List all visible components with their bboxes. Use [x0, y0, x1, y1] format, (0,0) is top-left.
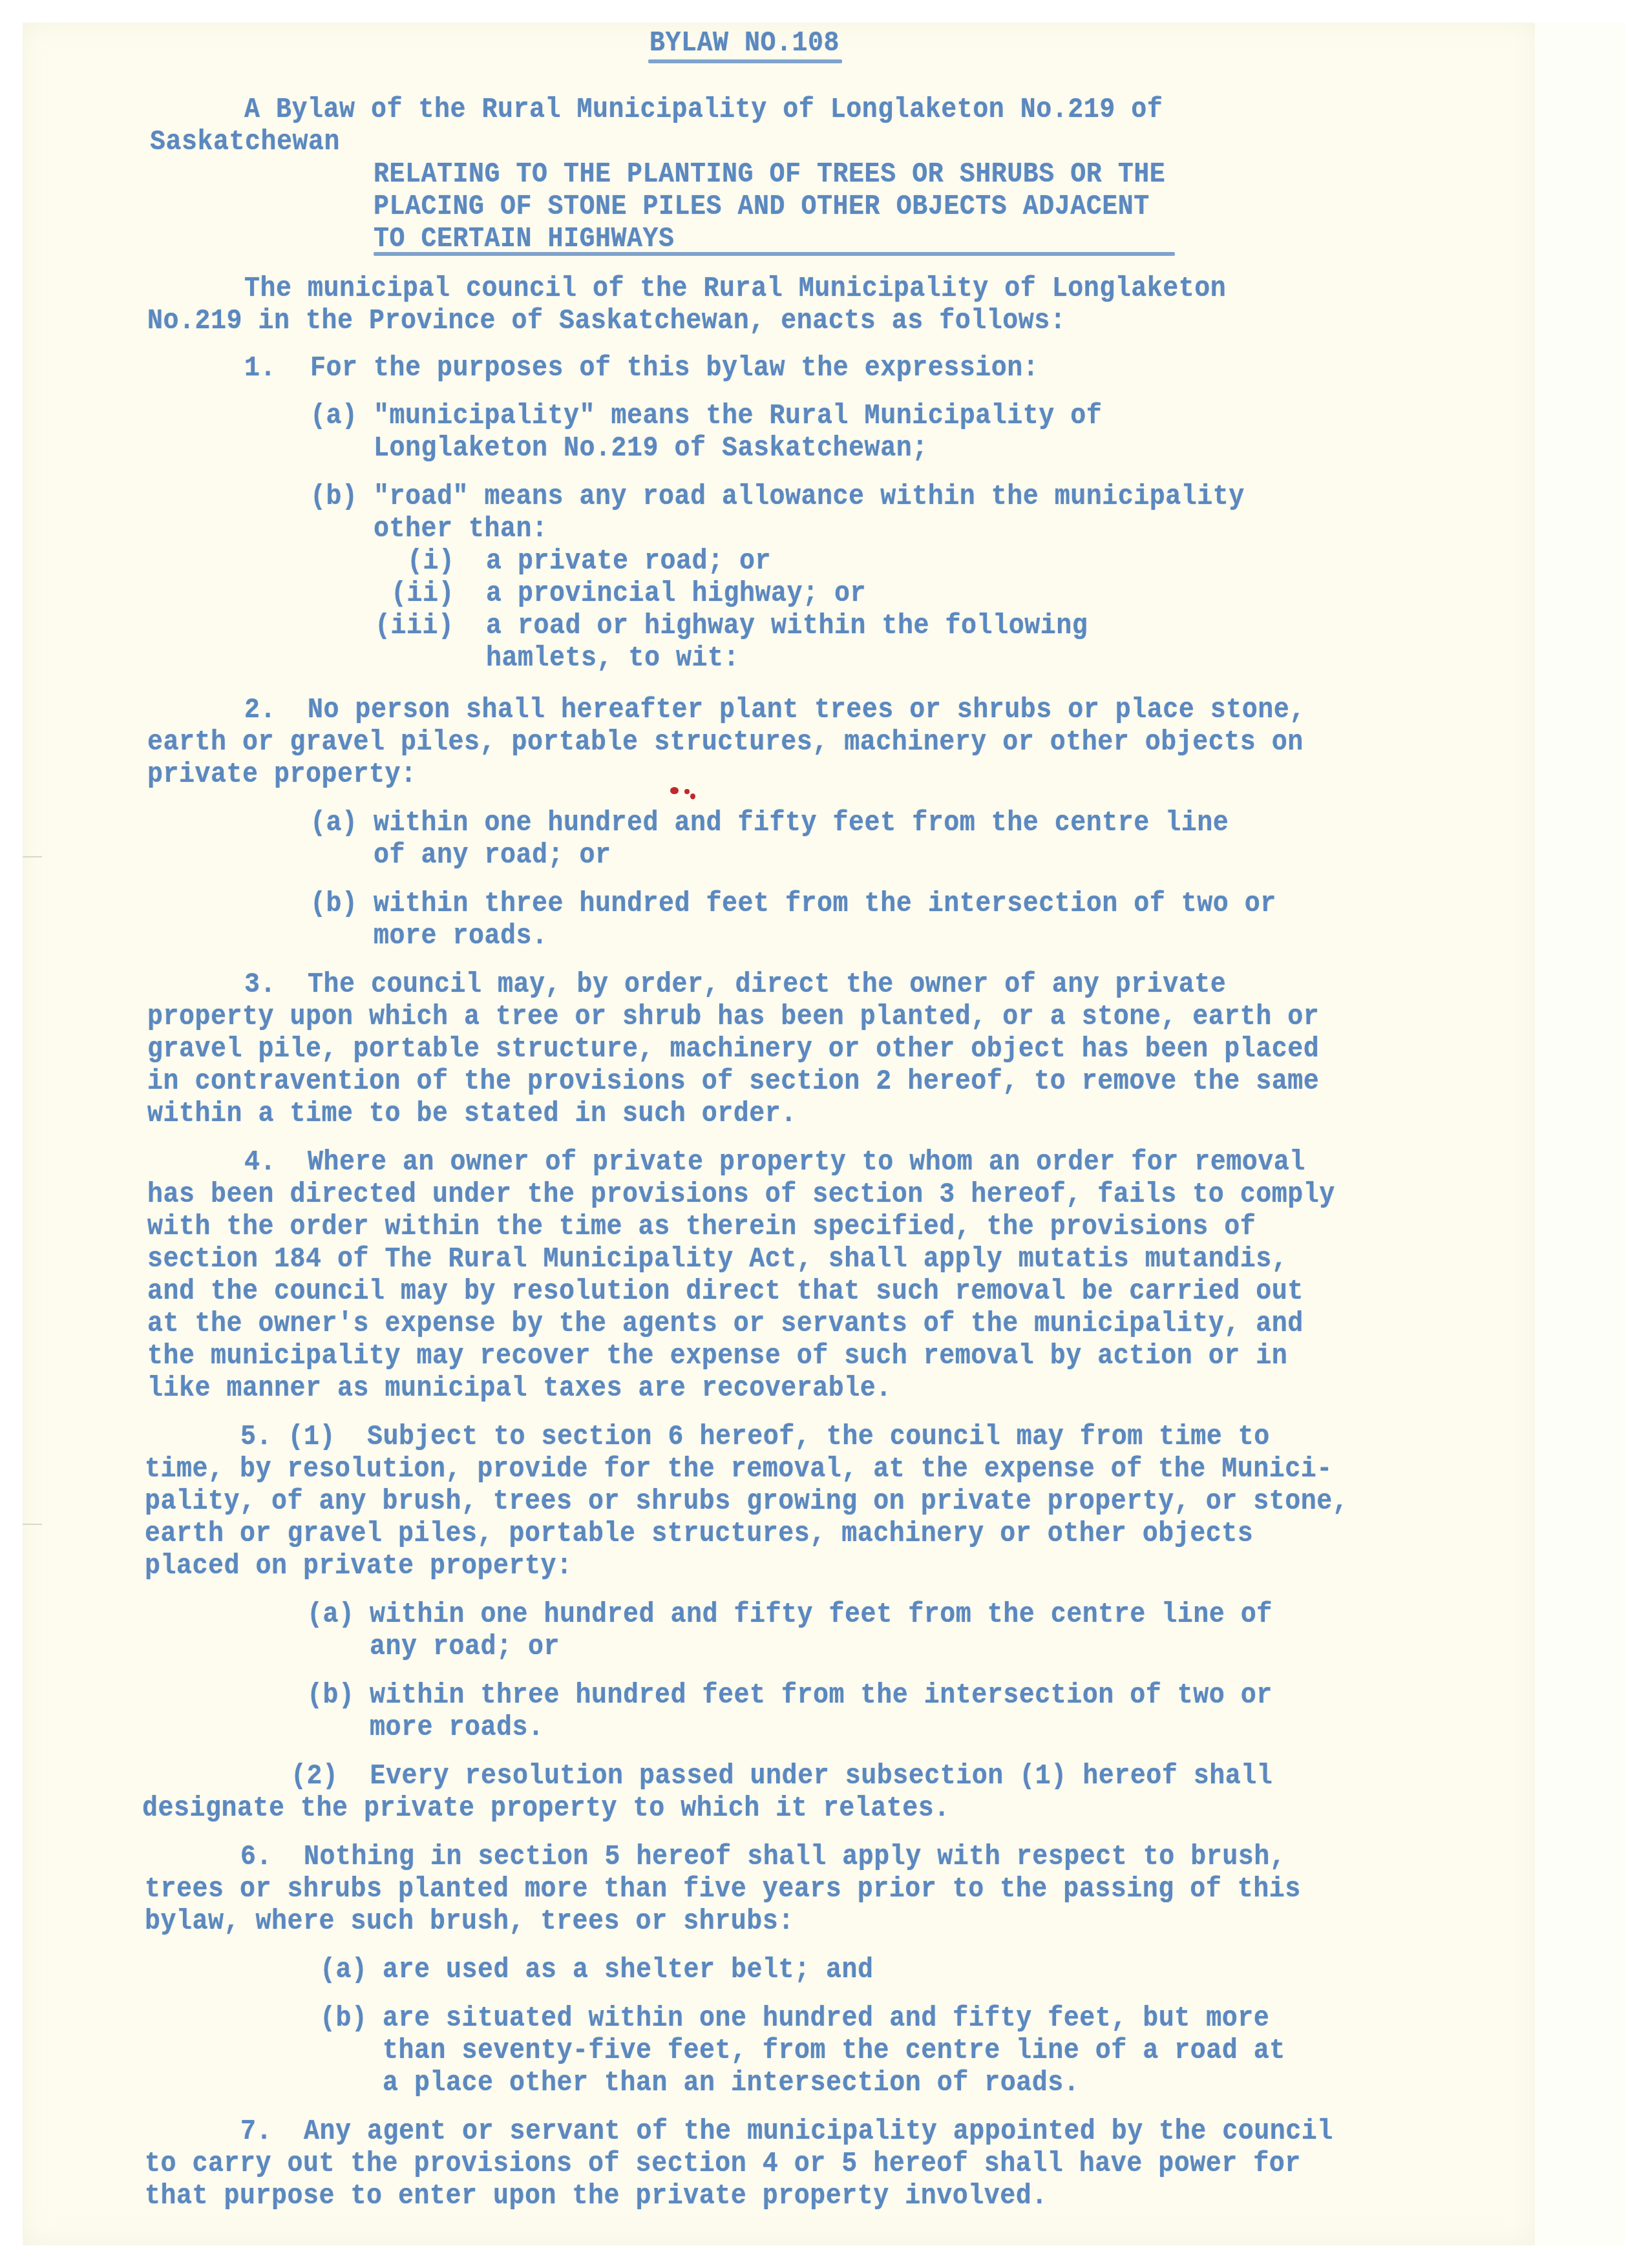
section-3-line-4: in contravention of the provisions of se…: [147, 1064, 1319, 1100]
section-6-line-2: trees or shrubs planted more than five y…: [145, 1872, 1301, 1908]
section-1-b-iii-cont: hamlets, to wit:: [486, 641, 739, 677]
section-2-b-line-1: within three hundred feet from the inter…: [374, 887, 1276, 923]
section-4-line-8: like manner as municipal taxes are recov…: [147, 1371, 892, 1407]
section-5-b-line-1: within three hundred feet from the inter…: [370, 1678, 1273, 1714]
subject-line-2: PLACING OF STONE PILES AND OTHER OBJECTS…: [374, 189, 1150, 226]
section-6-b-line-2: than seventy-five feet, from the centre …: [383, 2033, 1285, 2070]
section-6-line-3: bylaw, where such brush, trees or shrubs…: [145, 1904, 794, 1940]
section-5-2-line-2: designate the private property to which …: [142, 1791, 950, 1827]
section-6-line-1: 6. Nothing in section 5 hereof shall app…: [240, 1840, 1285, 1876]
scan-edge-strip: [1532, 23, 1625, 2245]
section-1-a-marker: (a): [310, 399, 358, 435]
section-6-b-line-1: are situated within one hundred and fift…: [383, 2001, 1269, 2037]
section-5-line-1: 5. (1) Subject to section 6 hereof, the …: [240, 1420, 1270, 1456]
section-5-b-line-2: more roads.: [370, 1710, 544, 1747]
section-5-line-3: pality, of any brush, trees or shrubs gr…: [145, 1484, 1348, 1520]
red-ink-spot: [690, 793, 695, 799]
section-1-b-i-text: a private road; or: [486, 544, 771, 580]
section-4-line-6: at the owner's expense by the agents or …: [147, 1307, 1304, 1343]
section-4-line-4: section 184 of The Rural Municipality Ac…: [147, 1242, 1287, 1278]
section-7-line-2: to carry out the provisions of section 4…: [145, 2147, 1301, 2183]
section-4-line-2: has been directed under the provisions o…: [147, 1177, 1335, 1213]
section-7-line-1: 7. Any agent or servant of the municipal…: [240, 2114, 1333, 2150]
intro-line-2: Saskatchewan: [150, 125, 340, 161]
section-5-a-line-1: within one hundred and fifty feet from t…: [370, 1597, 1273, 1633]
section-5-line-4: earth or gravel piles, portable structur…: [145, 1517, 1253, 1553]
section-1-b-line-2: other than:: [374, 512, 548, 548]
section-3-line-1: 3. The council may, by order, direct the…: [244, 967, 1226, 1003]
margin-mark: [23, 856, 42, 857]
section-2-a-line-2: of any road; or: [374, 838, 611, 874]
section-5-line-2: time, by resolution, provide for the rem…: [145, 1452, 1333, 1488]
section-1-b-line-1: "road" means any road allowance within t…: [374, 479, 1245, 516]
section-2-a-marker: (a): [310, 806, 358, 842]
section-1-a-line-1: "municipality" means the Rural Municipal…: [374, 399, 1102, 435]
section-2-line-1: 2. No person shall hereafter plant trees…: [244, 693, 1305, 729]
section-3-line-3: gravel pile, portable structure, machine…: [147, 1032, 1319, 1068]
margin-mark: [23, 1524, 42, 1525]
enacting-line-1: The municipal council of the Rural Munic…: [244, 271, 1226, 308]
subject-line-1: RELATING TO THE PLANTING OF TREES OR SHR…: [374, 157, 1165, 193]
section-4-line-5: and the council may by resolution direct…: [147, 1274, 1304, 1310]
title-underline: [648, 59, 842, 63]
section-1-b-ii-marker: (ii): [391, 576, 454, 613]
section-4-line-3: with the order within the time as therei…: [147, 1210, 1256, 1246]
section-4-line-1: 4. Where an owner of private property to…: [244, 1145, 1305, 1181]
section-2-a-line-1: within one hundred and fifty feet from t…: [374, 806, 1229, 842]
red-ink-spot: [670, 787, 679, 794]
section-1-number: 1.: [244, 351, 276, 387]
section-6-a-line-1: are used as a shelter belt; and: [383, 1953, 874, 1989]
section-6-b-line-3: a place other than an intersection of ro…: [383, 2066, 1079, 2102]
section-1-text: For the purposes of this bylaw the expre…: [310, 351, 1039, 387]
section-2-line-2: earth or gravel piles, portable structur…: [147, 725, 1304, 761]
red-ink-spot: [684, 789, 690, 794]
section-1-b-i-marker: (i): [407, 544, 455, 580]
section-6-b-marker: (b): [320, 2001, 368, 2037]
section-5-a-line-2: any road; or: [370, 1630, 560, 1666]
section-5-b-marker: (b): [307, 1678, 355, 1714]
section-6-a-marker: (a): [320, 1953, 368, 1989]
intro-line-1: A Bylaw of the Rural Municipality of Lon…: [244, 92, 1163, 129]
subject-underline: [374, 252, 1175, 256]
section-2-b-marker: (b): [310, 887, 358, 923]
section-5-line-5: placed on private property:: [145, 1549, 573, 1585]
section-1-a-line-2: Longlaketon No.219 of Saskatchewan;: [374, 431, 928, 467]
section-3-line-2: property upon which a tree or shrub has …: [147, 1000, 1319, 1036]
section-5-2-line-1: (2) Every resolution passed under subsec…: [291, 1759, 1273, 1795]
section-7-line-3: that purpose to enter upon the private p…: [145, 2179, 1048, 2215]
section-1-b-marker: (b): [310, 479, 358, 516]
section-3-line-5: within a time to be stated in such order…: [147, 1097, 797, 1133]
section-1-b-ii-text: a provincial highway; or: [486, 576, 866, 613]
section-2-b-line-2: more roads.: [374, 919, 548, 955]
section-4-line-7: the municipality may recover the expense…: [147, 1339, 1287, 1375]
section-1-b-iii-text: a road or highway within the following: [486, 609, 1088, 645]
section-5-a-marker: (a): [307, 1597, 355, 1633]
section-2-line-3: private property:: [147, 757, 417, 793]
section-1-b-iii-marker: (iii): [375, 609, 454, 645]
enacting-line-2: No.219 in the Province of Saskatchewan, …: [147, 304, 1066, 340]
document-title: BYLAW NO.108: [650, 26, 840, 62]
